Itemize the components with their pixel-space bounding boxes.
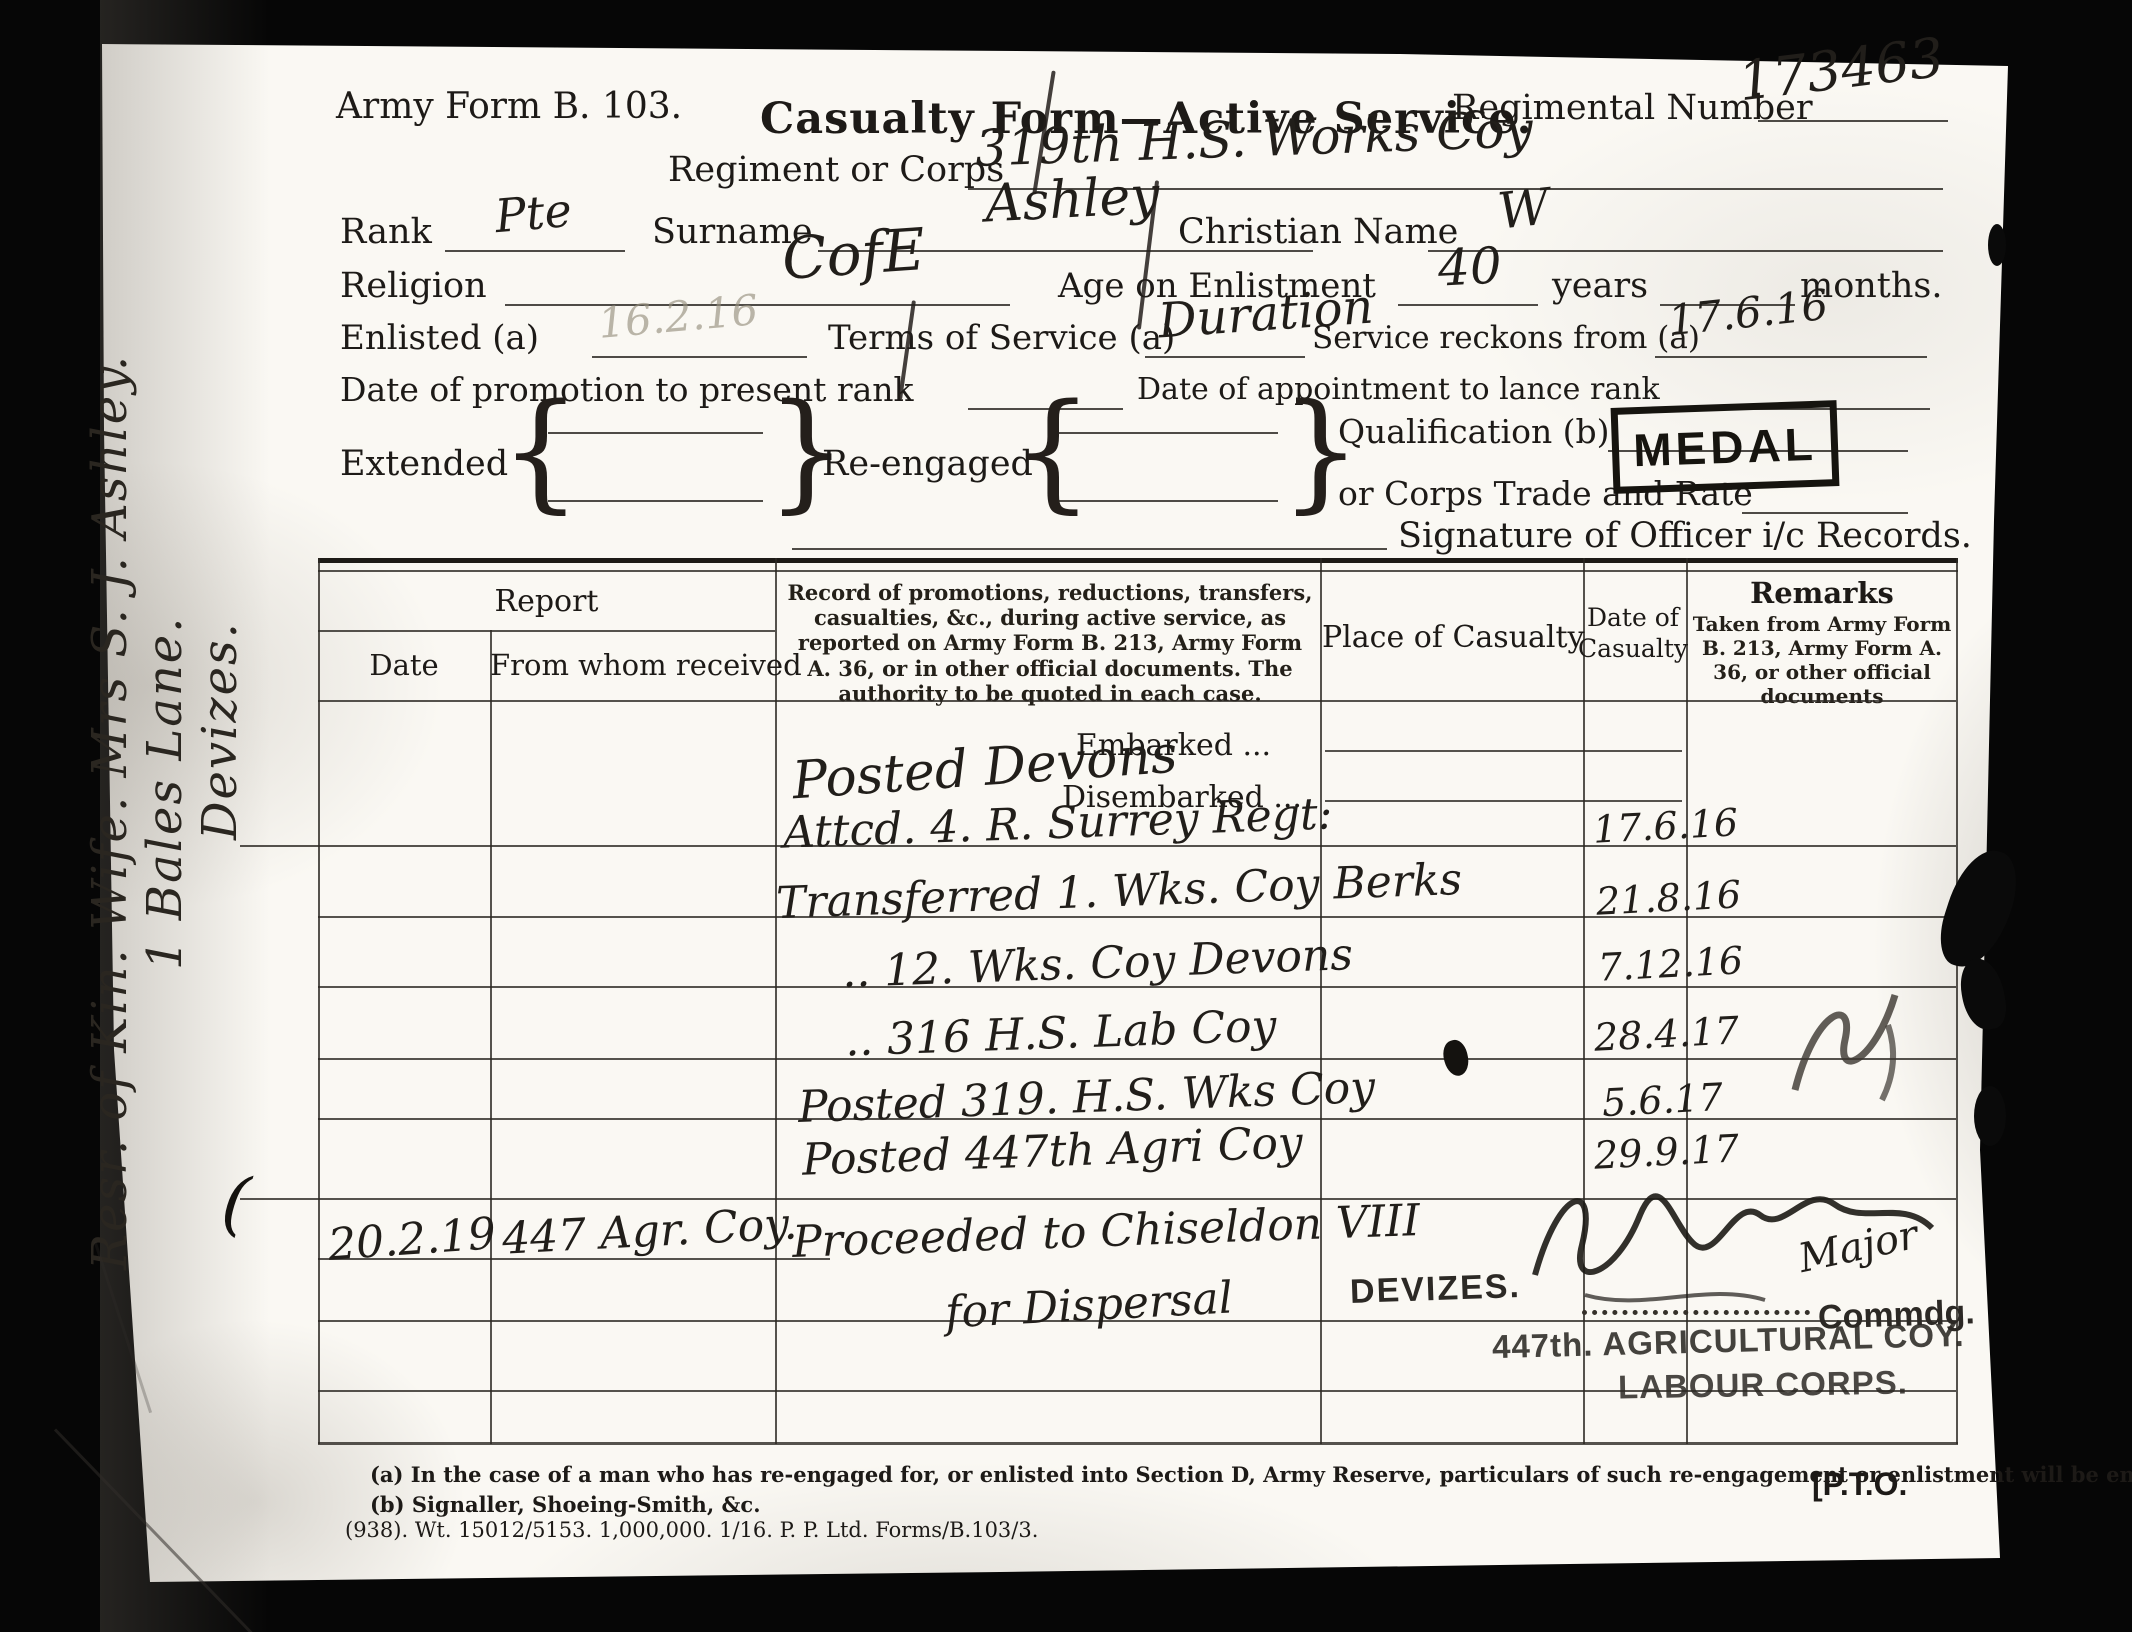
rank-value: Pte [493,183,574,243]
footnote-b: (b) Signaller, Shoeing-Smith, &c. [370,1492,761,1517]
table-left-border [318,558,320,1444]
reengaged-label: Re-engaged [822,444,1033,484]
christian-name-underline [1428,250,1943,252]
medal-stamp: MEDAL [1611,400,1840,494]
religion-value: CofE [780,215,928,293]
casualty-date: 5.6.17 [1601,1075,1724,1125]
signature-dotted-line [1582,1310,1810,1315]
extended-brace-left: { [500,388,581,516]
age-value: 40 [1437,236,1504,297]
from-whom-header: From whom received [490,648,775,682]
reckons-label: Service reckons from (a) [1312,320,1700,356]
report-underline [318,630,775,632]
reengaged-brace-left: { [1012,388,1093,516]
table-bottom-border [318,1442,1958,1445]
reengaged-line-bottom [1058,500,1278,502]
pto-label: [P.T.O. [1812,1466,1907,1503]
enlisted-label: Enlisted (a) [340,318,539,358]
remarks-pen-marks [1770,970,1930,1120]
christian-name-value: W [1495,177,1552,240]
table-top-border-inner [318,570,1958,572]
terms-label: Terms of Service (a) [828,318,1175,358]
surname-value: Ashley [984,165,1161,234]
casualty-date: 28.4.17 [1593,1008,1740,1060]
table-col-line-fromwhom [775,558,777,1444]
rank-label: Rank [340,212,432,252]
form-number: Army Form B. 103. [336,86,682,127]
rank-underline [445,250,625,252]
table-header-bottom-line [318,700,1956,702]
regimental-number-underline [1758,120,1948,122]
record-header: Record of promotions, reductions, transf… [786,580,1314,706]
document-canvas: Resr. of Kin. Wife. Mrs S. J. Ashley. 1 … [0,0,2132,1632]
margin-note: Resr. of Kin. Wife. Mrs S. J. Ashley. 1 … [83,90,253,1270]
margin-note-line2: 1 Bales Lane. [138,90,193,1270]
embarked-line [1325,750,1682,752]
place-of-casualty-header: Place of Casualty [1322,620,1580,655]
date-header: Date [318,648,490,682]
remarks-subheader: Taken from Army Form B. 213, Army Form A… [1690,612,1954,708]
enlisted-underline [592,356,807,358]
table-row-line [318,1058,1956,1060]
margin-note-line1: Resr. of Kin. Wife. Mrs S. J. Ashley. [83,90,138,1270]
place-of-casualty-header-text: Place of Casualty [1322,620,1585,655]
corps-trade-underline [1742,512,1908,514]
print-code: (938). Wt. 15012/5153. 1,000,000. 1/16. … [345,1518,1038,1542]
table-col-line-record [1320,558,1322,1444]
casualty-date: 7.12.16 [1597,938,1744,990]
qualification-label: Qualification (b) [1338,412,1610,451]
extended-line-bottom [548,500,763,502]
extended-label: Extended [340,444,508,484]
appointment-label: Date of appointment to lance rank [1137,372,1660,407]
years-label: years [1552,266,1648,306]
christian-name-label: Christian Name [1178,212,1458,252]
margin-note-line3: Devizes. [193,90,248,1270]
casualty-date: 21.8.16 [1595,872,1742,924]
extended-line-top [548,432,763,434]
report-header: Report [318,584,775,619]
unit-stamp-line2: LABOUR CORPS. [1618,1363,1908,1406]
disembarked-line [1325,800,1682,802]
date-of-casualty-header-line1: Date of [1577,602,1689,633]
signature-line [792,548,1387,550]
age-underline [1398,304,1538,306]
date-of-casualty-header-line2: Casualty [1577,633,1689,664]
date-of-casualty-header: Date of Casualty [1577,602,1689,665]
casualty-date: 17.6.16 [1592,800,1739,852]
ink-blot [1974,1086,2006,1146]
remarks-header: Remarks [1690,576,1954,610]
ink-blot [1988,224,2006,266]
signature-label: Signature of Officer i/c Records. [1398,516,1972,556]
table-top-border [318,558,1958,563]
religion-label: Religion [340,266,487,306]
reckons-underline [1655,356,1927,358]
regiment-label: Regiment or Corps [668,150,1004,190]
devizes-stamp: DEVIZES. [1349,1267,1521,1312]
reengaged-line-top [1058,432,1278,434]
terms-underline [1145,356,1305,358]
